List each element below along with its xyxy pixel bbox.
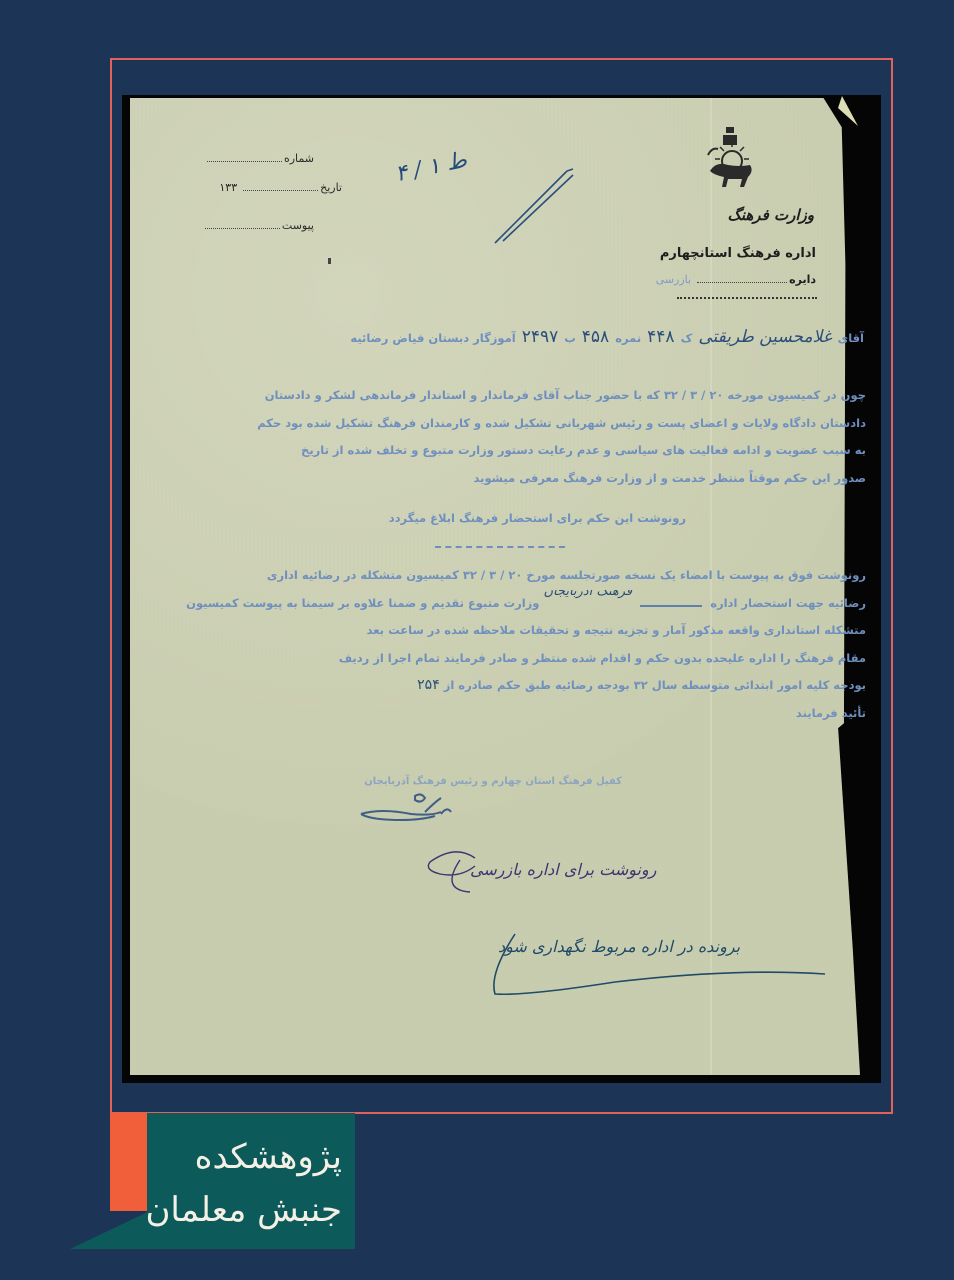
frame-bottom-rule	[354, 1112, 893, 1114]
blank-underline	[640, 597, 702, 607]
nomre-label: نمره	[615, 331, 641, 345]
office-title: اداره فرهنگ استانچهارم	[660, 246, 816, 261]
official-signature	[355, 792, 475, 832]
department-value: بازرسی	[656, 273, 691, 286]
b-label: ب	[564, 331, 576, 345]
paragraph-line: به سبب عضویت و ادامه فعالیت های سیاسی و …	[176, 437, 866, 465]
recipient-title: آموزگار دبستان فیاض رضائیه	[350, 331, 515, 345]
paragraph-1: چون در کمیسیون مورخه ۲۰ / ۳ / ۳۲ که با ح…	[176, 382, 866, 492]
handwritten-copy-note: رونوشت برای اداره بازرسی	[470, 860, 656, 879]
logo-accent	[110, 1113, 147, 1211]
date-field: تاریخ ۱۳۳	[219, 181, 342, 194]
date-value: ۱۳۳	[219, 181, 237, 194]
number-field: شماره	[207, 152, 314, 165]
number-label: شماره	[284, 152, 314, 165]
paragraph-line: متشکله استانداری واقعه مذکور آمار و تجزی…	[176, 617, 866, 645]
paragraph-line: رونوشت این حکم برای استحضار فرهنگ ابلاغ …	[386, 505, 686, 533]
b-value: ۲۴۹۷	[522, 327, 559, 347]
attachment-field: پیوست	[205, 219, 314, 232]
department-dots	[697, 275, 787, 283]
logo-title-line-2: جنبش معلمان	[145, 1193, 342, 1227]
paragraph-1-closing: رونوشت این حکم برای استحضار فرهنگ ابلاغ …	[386, 505, 686, 533]
header-rule	[677, 297, 817, 299]
nomre-value: ۴۵۸	[582, 327, 609, 347]
paragraph-line: دادستان دادگاه ولایات و اعضای پست و رئیس…	[176, 410, 866, 438]
paragraph-line: رضائیه جهت استحضار اداره فرهنگ آذربایجان…	[176, 590, 866, 618]
attachment-dots	[205, 221, 280, 229]
k-label: ک	[681, 331, 693, 345]
date-label: تاریخ	[320, 181, 342, 194]
recipient-name: غلامحسین طریقتی	[698, 327, 831, 347]
attachment-label: پیوست	[282, 219, 314, 232]
closing-line: کفیل فرهنگ استان چهارم و رئیس فرهنگ آذرب…	[372, 776, 622, 787]
paragraph-line: چون در کمیسیون مورخه ۲۰ / ۳ / ۳۲ که با ح…	[176, 382, 866, 410]
logo-title-line-1: پژوهشکده	[195, 1140, 342, 1174]
slash-strokes	[475, 165, 575, 245]
separator-line	[435, 546, 565, 548]
budget-row-number: ۲۵۴	[417, 677, 440, 693]
paragraph-2: رونوشت فوق به پیوست با امضاء یک نسخه صور…	[176, 562, 866, 727]
paragraph-line: صدور این حکم موقتاً منتظر خدمت و از وزار…	[176, 465, 866, 493]
handwritten-office: فرهنگ آذربایجان	[543, 590, 632, 599]
greeting: آقای	[838, 331, 864, 345]
date-dots	[243, 183, 318, 191]
recipient-line: آقای غلامحسین طریقتی ک ۴۴۸ نمره ۴۵۸ ب ۲۴…	[350, 327, 864, 347]
k-value: ۴۴۸	[647, 327, 674, 347]
paragraph-line: مقام فرهنگ را اداره علیحده بدون حکم و اق…	[176, 645, 866, 673]
number-dots	[207, 154, 282, 162]
lion-and-sun-emblem-icon	[700, 125, 760, 195]
paragraph-line: بودجه کلیه امور ابتدائی متوسطه سال ۳۲ بو…	[176, 672, 866, 700]
signature-sweep	[485, 930, 825, 1000]
department-field: دایره بازرسی	[656, 273, 816, 286]
paragraph-line: تأئید فرمایند	[176, 700, 866, 728]
ink-mark	[328, 258, 331, 264]
ministry-title: وزارت فرهنگ	[727, 206, 814, 224]
department-label: دایره	[789, 273, 816, 286]
paragraph-line: رونوشت فوق به پیوست با امضاء یک نسخه صور…	[176, 562, 866, 590]
